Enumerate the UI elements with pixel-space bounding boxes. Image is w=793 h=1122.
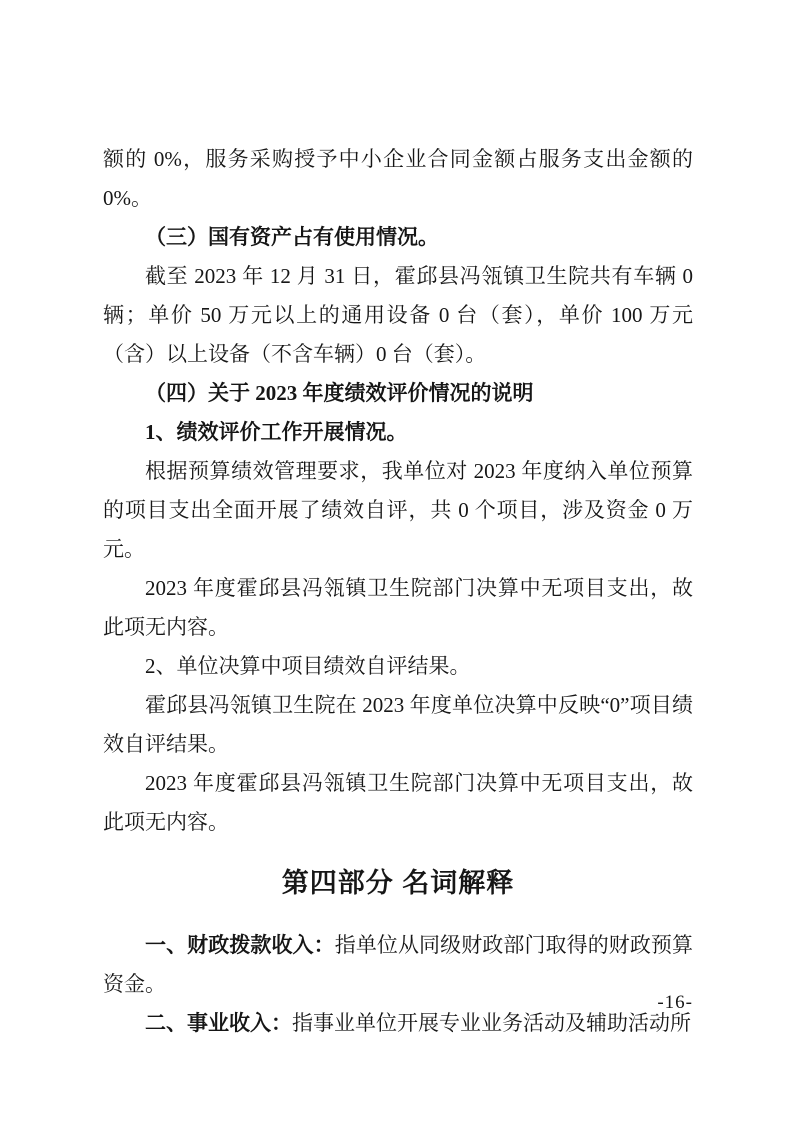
part4-title: 第四部分 名词解释 [103, 864, 693, 902]
paragraph-state-assets: 截至 2023 年 12 月 31 日，霍邱县冯瓴镇卫生院共有车辆 0 辆；单价… [103, 257, 693, 374]
paragraph-subsection-2: 2、单位决算中项目绩效自评结果。 [103, 647, 693, 686]
document-content: 额的 0%，服务采购授予中小企业合同金额占服务支出金额的 0%。 （三）国有资产… [103, 140, 693, 1043]
paragraph-no-project-1: 2023 年度霍邱县冯瓴镇卫生院部门决算中无项目支出，故此项无内容。 [103, 569, 693, 647]
term-definition-2: 二、事业收入：指事业单位开展专业业务活动及辅助活动所 [103, 1004, 693, 1043]
heading-section-3: （三）国有资产占有使用情况。 [103, 218, 693, 257]
heading-subsection-1: 1、绩效评价工作开展情况。 [103, 413, 693, 452]
paragraph-carryover: 额的 0%，服务采购授予中小企业合同金额占服务支出金额的 0%。 [103, 140, 693, 218]
page-number: -16- [657, 991, 693, 1015]
paragraph-eval-intro: 根据预算绩效管理要求，我单位对 2023 年度纳入单位预算的项目支出全面开展了绩… [103, 452, 693, 569]
term-definition-1: 一、财政拨款收入：指单位从同级财政部门取得的财政预算资金。 [103, 926, 693, 1004]
paragraph-no-project-2: 2023 年度霍邱县冯瓴镇卫生院部门决算中无项目支出，故此项无内容。 [103, 764, 693, 842]
term-name-1: 一、财政拨款收入： [145, 933, 335, 957]
heading-section-4: （四）关于 2023 年度绩效评价情况的说明 [103, 374, 693, 413]
document-page: 额的 0%，服务采购授予中小企业合同金额占服务支出金额的 0%。 （三）国有资产… [0, 0, 793, 1122]
term-name-2: 二、事业收入： [145, 1011, 292, 1035]
term-text-2: 指事业单位开展专业业务活动及辅助活动所 [292, 1011, 691, 1035]
paragraph-self-eval: 霍邱县冯瓴镇卫生院在 2023 年度单位决算中反映“0”项目绩效自评结果。 [103, 686, 693, 764]
